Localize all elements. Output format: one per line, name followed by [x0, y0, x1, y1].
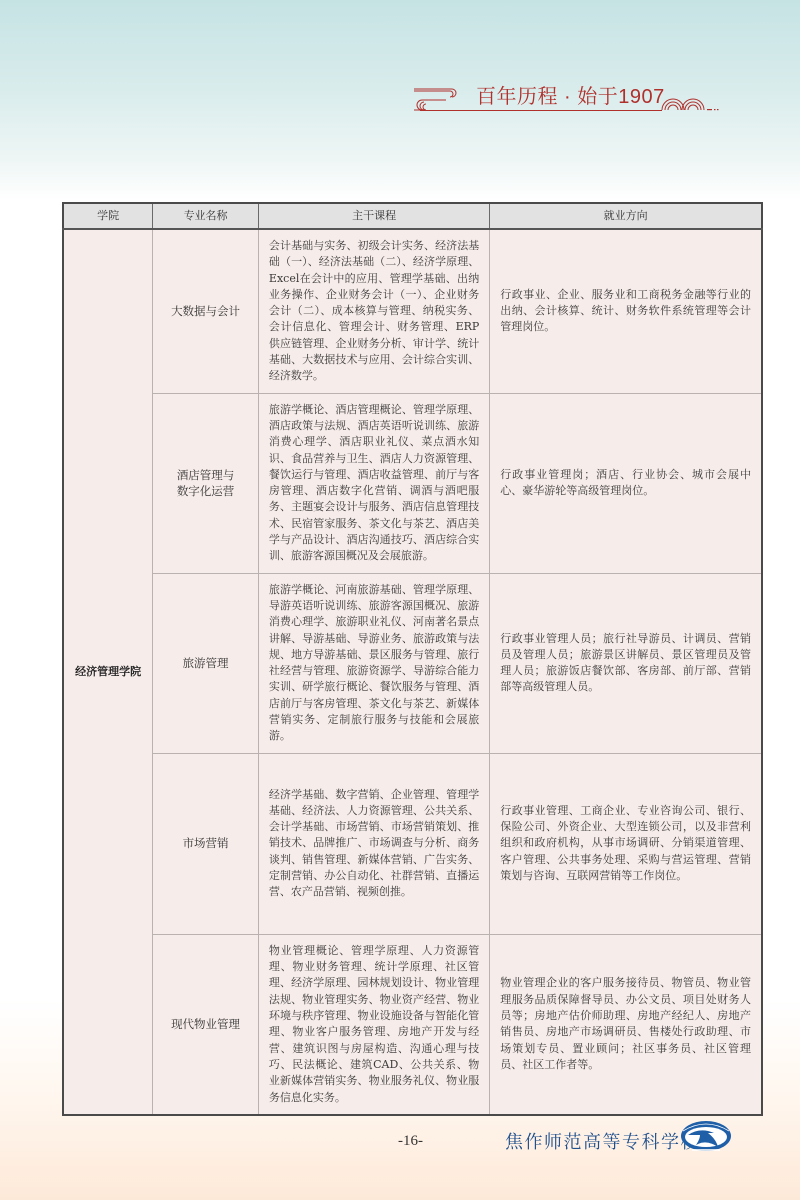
column-header-college: 学院	[63, 203, 153, 229]
major-line: 酒店管理与	[159, 467, 252, 483]
table-row: 现代物业管理 物业管理概论、管理学原理、人力资源管理、物业财务管理、统计学原理、…	[63, 934, 762, 1115]
header-banner: 百年历程 · 始于1907	[412, 82, 732, 112]
page-number: -16-	[398, 1133, 423, 1150]
column-header-courses: 主干课程	[258, 203, 489, 229]
career-cell: 行政事业管理人员；旅行社导游员、计调员、营销员及管理人员；旅游景区讲解员、景区管…	[490, 573, 762, 753]
career-cell: 行政事业、企业、服务业和工商税务金融等行业的出纳、会计核算、统计、财务软件系统管…	[490, 229, 762, 393]
major-cell: 大数据与会计	[153, 229, 259, 393]
courses-cell: 旅游学概论、河南旅游基础、管理学原理、导游英语听说训练、旅游客源国概况、旅游消费…	[258, 573, 489, 753]
school-logo-icon	[680, 1119, 732, 1157]
courses-cell: 会计基础与实务、初级会计实务、经济法基础（一）、经济法基础（二）、经济学原理、E…	[258, 229, 489, 393]
table-row: 旅游管理 旅游学概论、河南旅游基础、管理学原理、导游英语听说训练、旅游客源国概况…	[63, 573, 762, 753]
major-cell: 市场营销	[153, 753, 259, 934]
courses-cell: 物业管理概论、管理学原理、人力资源管理、物业财务管理、统计学原理、社区管理、经济…	[258, 934, 489, 1115]
major-cell: 酒店管理与 数字化运营	[153, 393, 259, 573]
majors-table: 学院 专业名称 主干课程 就业方向 经济管理学院 大数据与会计 会计基础与实务、…	[62, 202, 763, 1116]
table-row: 酒店管理与 数字化运营 旅游学概论、酒店管理概论、管理学原理、酒店政策与法规、酒…	[63, 393, 762, 573]
career-cell: 行政事业管理、工商企业、专业咨询公司、银行、保险公司、外资企业、大型连锁公司，以…	[490, 753, 762, 934]
courses-cell: 旅游学概论、酒店管理概论、管理学原理、酒店政策与法规、酒店英语听说训练、旅游消费…	[258, 393, 489, 573]
major-cell: 旅游管理	[153, 573, 259, 753]
career-cell: 物业管理企业的客户服务接待员、物管员、物业管理服务品质保障督导员、办公文员、项目…	[490, 934, 762, 1115]
table-header-row: 学院 专业名称 主干课程 就业方向	[63, 203, 762, 229]
column-header-major: 专业名称	[153, 203, 259, 229]
table-row: 市场营销 经济学基础、数字营销、企业管理、管理学基础、经济法、人力资源管理、公共…	[63, 753, 762, 934]
courses-cell: 经济学基础、数字营销、企业管理、管理学基础、经济法、人力资源管理、公共关系、会计…	[258, 753, 489, 934]
banner-title: 百年历程 · 始于1907	[476, 80, 665, 109]
major-cell: 现代物业管理	[153, 934, 259, 1115]
college-cell: 经济管理学院	[63, 229, 153, 1115]
table-row: 经济管理学院 大数据与会计 会计基础与实务、初级会计实务、经济法基础（一）、经济…	[63, 229, 762, 393]
school-name: 焦作师范高等专科学校	[505, 1128, 700, 1154]
major-line: 数字化运营	[159, 483, 252, 499]
column-header-career: 就业方向	[490, 203, 762, 229]
career-cell: 行政事业管理岗；酒店、行业协会、城市会展中心、豪华游轮等高级管理岗位。	[490, 393, 762, 573]
